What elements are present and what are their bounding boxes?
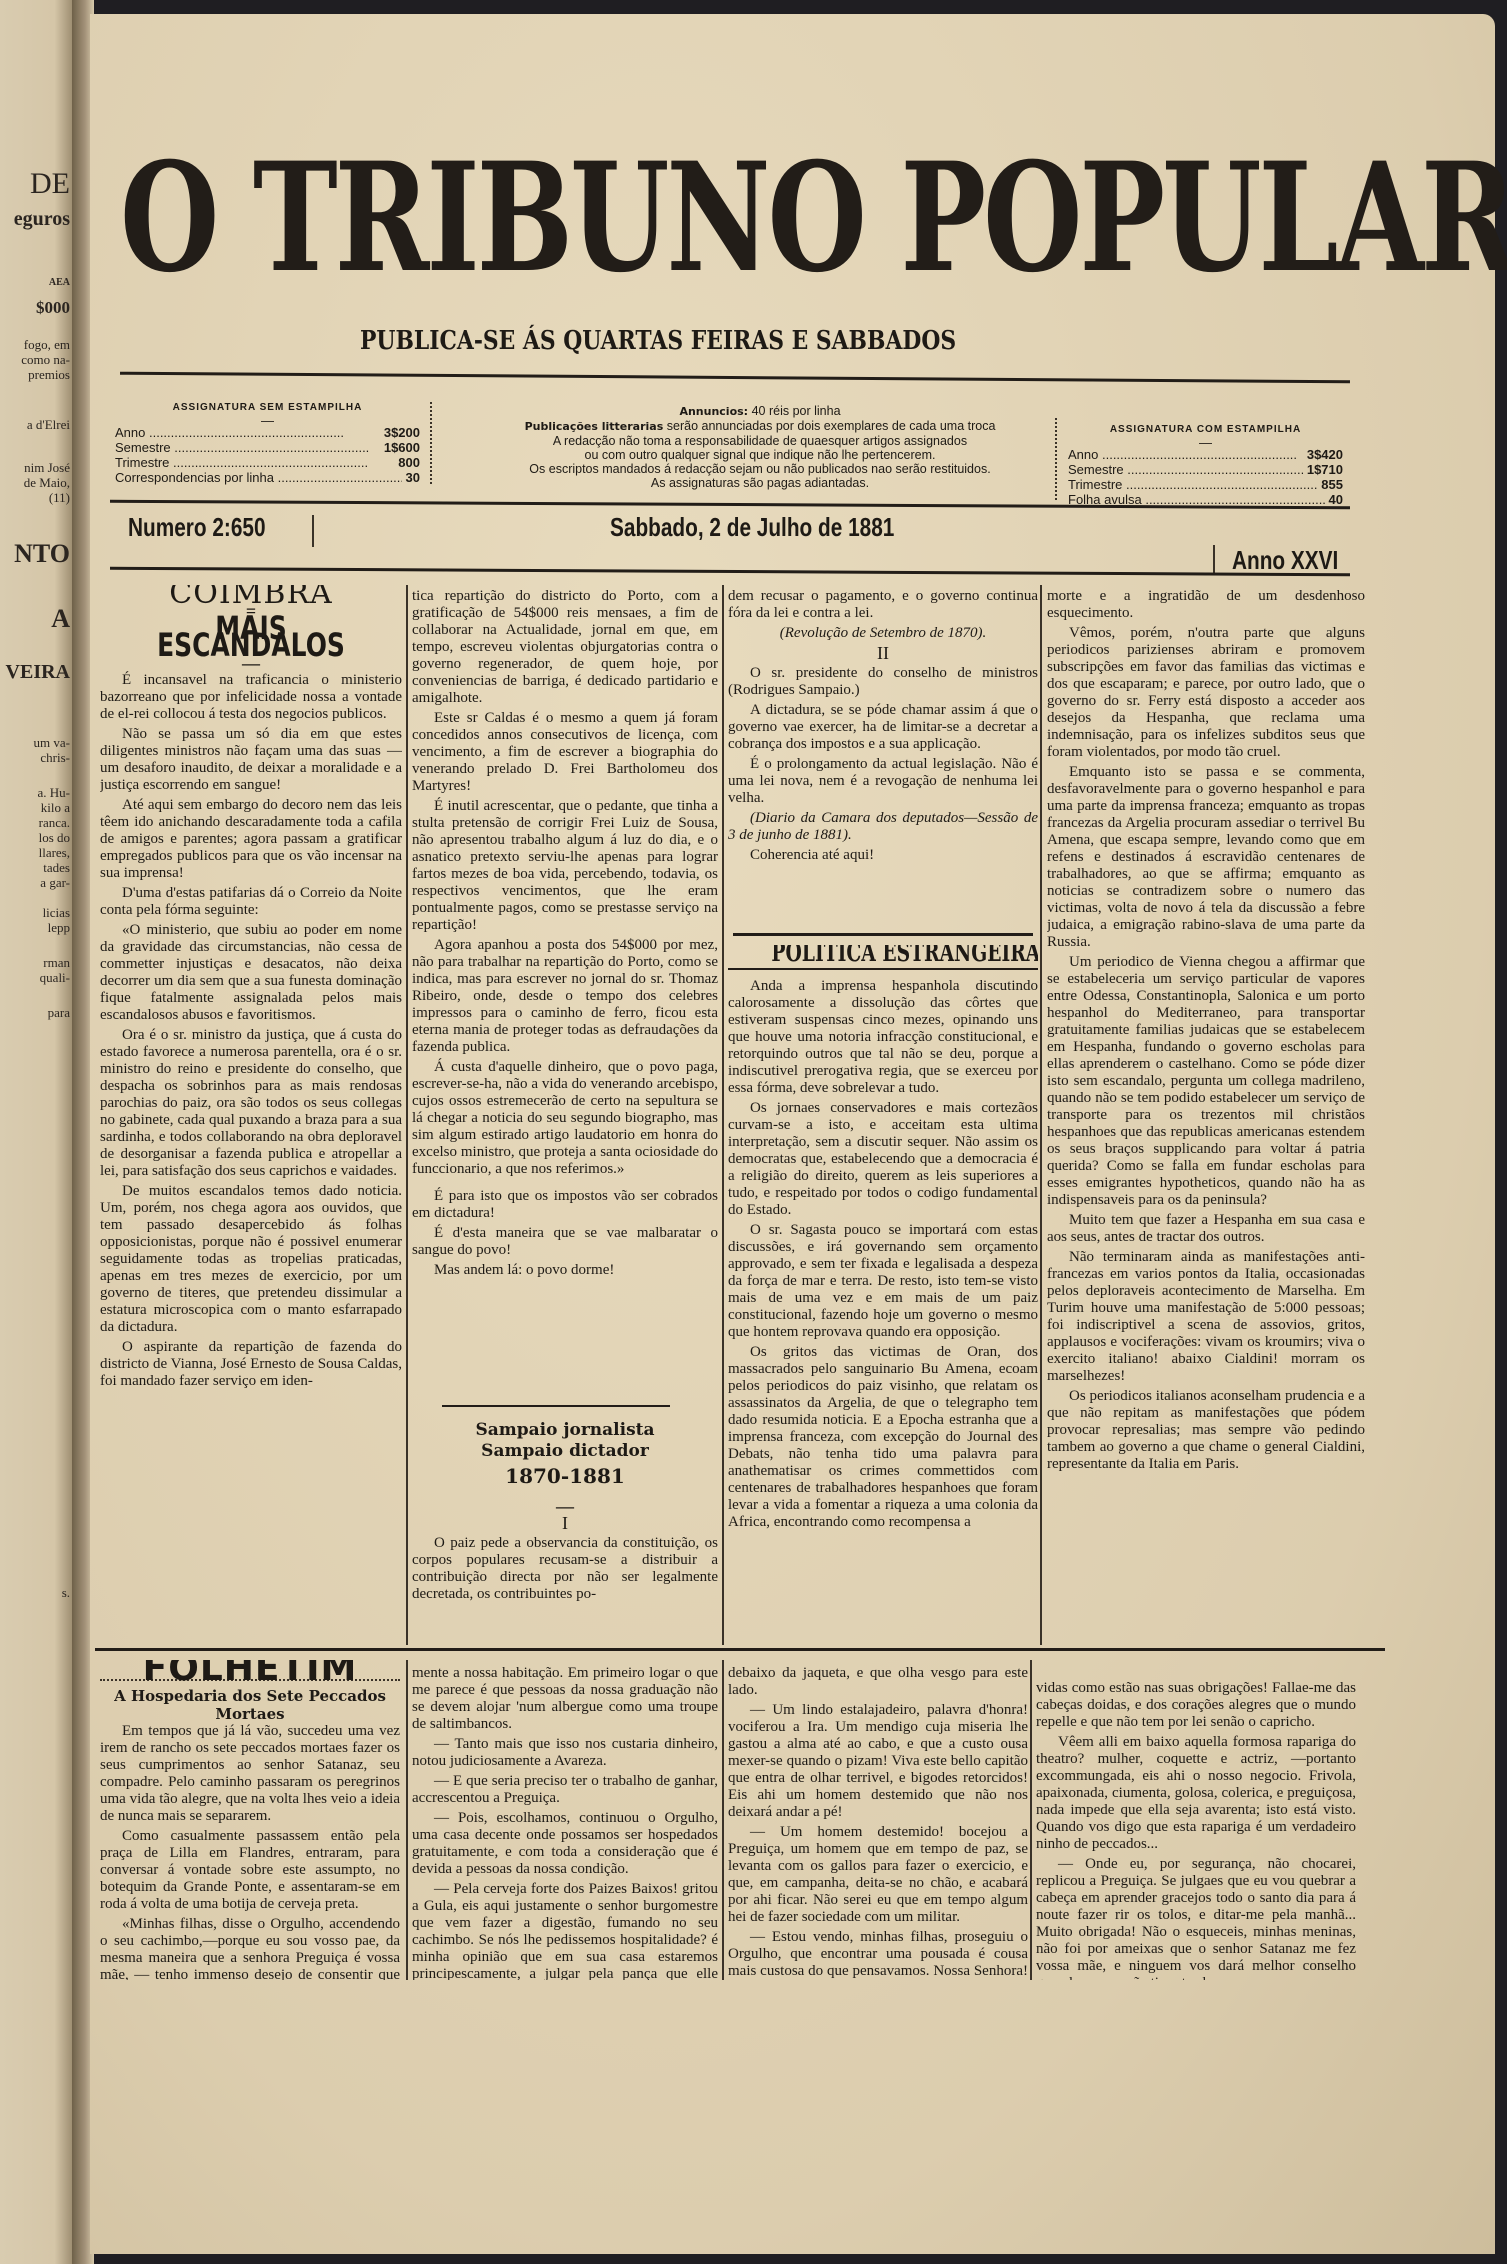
paragraph: — Um lindo estalajadeiro, palavra d'honr… [728,1702,1028,1821]
paragraph: A dictadura, se se póde chamar assim á q… [728,702,1038,753]
price-value: 1$600 [380,440,420,455]
article-kicker: COIMBRA [100,585,402,602]
fragment-text: premios [28,367,70,382]
price-row: Semestre1$710 [1068,462,1343,477]
fragment-text: um va- [34,735,70,750]
ads-label: Annuncios: [679,405,748,418]
paragraph: Até aqui sem embargo do decoro nem das l… [100,797,402,882]
paragraph: Em tempos que já lá vão, succedeu uma ve… [100,1723,400,1825]
paragraph: Vêem alli em baixo aquella formosa rapar… [1036,1734,1356,1853]
notice-line: As assignaturas são pagas adiantadas. [460,476,1060,490]
fragment-text: AEA [49,275,70,290]
article-headline: MAIS ESCANDALOS [133,620,369,654]
price-label: Semestre [1068,462,1303,477]
article-years: 1870-1881 [412,1466,718,1487]
paragraph: Não se passa um só dia em que estes dili… [100,726,402,794]
citation: (Revolução de Setembro de 1870). [728,625,1038,642]
masthead-subtitle: PUBLICA-SE ÁS QUARTAS FEIRAS E SABBADOS [360,326,956,356]
masthead-title: O TRIBUNO POPULAR [120,130,1290,306]
notice-line: A redacção não toma a responsabilidade d… [460,434,1060,448]
paragraph: É para isto que os impostos vão ser cobr… [412,1188,718,1222]
paragraph: É inutil acrescentar, que o pedante, que… [412,798,718,934]
article-politica-continued: morte e a ingratidão de um desdenhoso es… [1047,588,1365,1648]
issue-divider [312,515,314,547]
paragraph: Não terminaram ainda as manifestações an… [1047,1249,1365,1385]
section-divider [442,1405,670,1407]
paragraph: mente a nossa habitação. Em primeiro log… [412,1665,718,1733]
issue-number: Numero 2:650 [128,512,266,543]
notice-line: Os escriptos mandados á redacção sejam o… [460,462,1060,476]
fragment-text: fogo, em [24,337,70,352]
fragment-text: llares, [39,845,70,860]
paragraph: É incansavel na traficancia o ministerio… [100,672,402,723]
quote-paragraph: De muitos escandalos temos dado noticia.… [100,1183,402,1336]
article-headline: Sampaio dictador [412,1441,718,1462]
paragraph: D'uma d'estas patifarias dá o Correio da… [100,885,402,919]
folhetim-title: A Hospedaria dos Sete Peccados Mortaes [100,1687,400,1723]
paragraph: É d'esta maneira que se vae malbaratar o… [412,1225,718,1259]
fragment-text: para [48,1005,70,1020]
paragraph: Vêmos, porém, n'outra parte que alguns p… [1047,625,1365,761]
fragment-text: lepp [48,920,70,935]
fragment-text: nim José [24,460,70,475]
paragraph: tica repartição do districto do Porto, c… [412,588,718,707]
paragraph: Este sr Caldas é o mesmo a quem já foram… [412,710,718,795]
paragraph: Emquanto isto se passa e se commenta, de… [1047,764,1365,951]
fragment-text: a gar- [40,875,70,890]
quote-paragraph: O aspirante da repartição de fazenda do … [100,1339,402,1390]
fragment-text: a d'Elrei [27,417,70,432]
paragraph: Como casualmente passassem então pela pr… [100,1828,400,1913]
paragraph: Anda a imprensa hespanhola discutindo ca… [728,978,1038,1097]
paragraph: Coherencia até aqui! [728,847,1038,864]
paragraph: vidas como estão nas suas obrigações! Fa… [1036,1680,1356,1731]
paragraph: O sr. Sagasta pouco se importará com est… [728,1222,1038,1341]
fragment-text: tades [43,860,70,875]
paragraph: Um periodico de Vienna chegou a affirmar… [1047,954,1365,1209]
paragraph: Agora apanhou a posta dos 54$000 por mez… [412,937,718,1056]
paragraph: Os jornaes conservadores e mais cortezão… [728,1100,1038,1219]
price-row: Anno3$420 [1068,447,1343,462]
column-rule [406,1660,408,1980]
fragment-text: $000 [36,300,70,315]
citation: (Diario da Camara dos deputados—Sessão d… [728,810,1038,844]
fragment-text: kilo a [41,800,70,815]
article-sampaio: Sampaio jornalista Sampaio dictador 1870… [412,1420,718,1645]
ads-line: Annuncios: 40 réis por linha [460,404,1060,419]
price-row: Trimestre855 [1068,477,1343,492]
paragraph: — Onde eu, por segurança, não chocarei, … [1036,1856,1356,1980]
fragment-text: chris- [40,750,70,765]
paragraph: Muito tem que fazer a Hespanha em sua ca… [1047,1212,1365,1246]
pub-line: Publicações litterarias serão annunciada… [460,419,1060,434]
article-sampaio-continued: dem recusar o pagamento, e o governo con… [728,588,1038,918]
paragraph: Á custa d'aquelle dinheiro, que o povo p… [412,1059,718,1178]
folhetim-rule [95,1648,1385,1651]
fragment-text: rman [43,955,70,970]
price-label: Correspondencias por linha [115,470,402,485]
paragraph: morte e a ingratidão de um desdenhoso es… [1047,588,1365,622]
fragment-text: DE [30,168,70,200]
paragraph: «Minhas filhas, disse o Orgulho, accende… [100,1916,400,1980]
price-value: 800 [394,455,420,470]
paragraph: — Um homem destemido! bocejou a Preguiça… [728,1824,1028,1926]
section-rule [733,933,1033,936]
fragment-text: de Maio, [24,475,70,490]
editorial-notice: Annuncios: 40 réis por linha Publicações… [460,404,1060,490]
wavy-divider [1055,418,1063,500]
price-label: Trimestre [115,455,394,470]
fragment-text: los do [39,830,70,845]
pub-label: Publicações litterarias [525,420,664,433]
heading-dash: — [115,417,420,425]
price-value: 30 [402,470,420,485]
quote-paragraph: «O ministerio, que subiu ao poder em nom… [100,922,402,1024]
folhetim-col-3: debaixo da jaqueta, e que olha vesgo par… [728,1665,1028,1980]
paragraph: — Pela cerveja forte dos Paizes Baixos! … [412,1881,718,1980]
heading-dash: — [1068,439,1343,447]
folhetim-col-4: vidas como estão nas suas obrigações! Fa… [1036,1680,1356,1980]
article-headline: Sampaio jornalista [412,1420,718,1441]
paragraph: — Estou vendo, minhas filhas, proseguiu … [728,1929,1028,1980]
paragraph: Mas andem lá: o povo dorme! [412,1262,718,1279]
paragraph: Os periodicos italianos aconselham prude… [1047,1388,1365,1473]
article-coimbra-continued: tica repartição do districto do Porto, c… [412,588,718,1360]
folhetim-label: FOLHETIM [100,1660,400,1677]
paragraph: O sr. presidente do conselho de ministro… [728,665,1038,699]
fragment-text: s. [62,1585,70,1600]
paragraph: — E que seria preciso ter o trabalho de … [412,1773,718,1807]
pub-text: serão annunciadas por dois exemplares de… [667,419,996,433]
folhetim-col-2: mente a nossa habitação. Em primeiro log… [412,1665,718,1980]
paragraph: É o prolongamento da actual legislação. … [728,756,1038,807]
price-label: Anno [1068,447,1303,462]
paragraph: debaixo da jaqueta, e que olha vesgo par… [728,1665,1028,1699]
section-number: II [728,645,1038,662]
fragment-text: A [51,605,70,633]
adjacent-page-fragment: DE eguros AEA $000 fogo, em como na- pre… [0,0,78,2264]
price-row: Semestre1$600 [115,440,420,455]
quote-paragraph: Ora é o sr. ministro da justiça, que á c… [100,1027,402,1180]
price-value: 1$710 [1303,462,1343,477]
notice-line: ou com outro qualquer signal que indique… [460,448,1060,462]
fragment-text: (11) [49,490,70,505]
fragment-text: a. Hu- [38,785,71,800]
column-rule [722,585,724,1645]
column-rule [1030,1660,1032,1980]
price-label: Semestre [115,440,380,455]
paragraph: dem recusar o pagamento, e o governo con… [728,588,1038,622]
price-row: Correspondencias por linha30 [115,470,420,485]
subscription-without-stamp: ASSIGNATURA SEM ESTAMPILHA — Anno3$200 S… [115,400,420,485]
issue-divider [1213,545,1215,575]
price-value: 855 [1317,477,1343,492]
issue-year: Anno XXVI [1232,545,1338,576]
article-coimbra: COIMBRA = MAIS ESCANDALOS — É incansavel… [100,585,402,1630]
fragment-text: ranca. [39,815,70,830]
price-value: 40 [1325,492,1343,507]
section-number: I [412,1515,718,1532]
column-rule [1040,585,1042,1645]
fragment-text: como na- [21,352,70,367]
ads-text: 40 réis por linha [752,404,841,418]
price-row: Anno3$200 [115,425,420,440]
column-rule [406,585,408,1645]
folhetim-col-1: FOLHETIM A Hospedaria dos Sete Peccados … [100,1660,400,1980]
fragment-text: licias [43,905,70,920]
article-headline: POLITICA ESTRANGEIRA [771,945,994,962]
issue-date: Sabbado, 2 de Julho de 1881 [610,512,894,543]
paragraph: Os gritos das victimas de Oran, dos mass… [728,1344,1038,1531]
fragment-text: VEIRA [6,665,70,680]
wavy-divider [430,402,438,484]
column-rule [722,1660,724,1980]
price-row: Trimestre800 [115,455,420,470]
price-value: 3$200 [380,425,420,440]
paragraph: O paiz pede a observancia da constituiçã… [412,1535,718,1603]
fragment-text: NTO [14,540,70,568]
paragraph: — Pois, escolhamos, continuou o Orgulho,… [412,1810,718,1878]
price-label: Anno [115,425,380,440]
paragraph: — Tanto mais que isso nos custaria dinhe… [412,1736,718,1770]
price-value: 3$420 [1303,447,1343,462]
fragment-text: quali- [40,970,70,985]
article-politica-estrangeira: POLITICA ESTRANGEIRA Anda a imprensa hes… [728,945,1038,1645]
headline-rule [728,968,1038,970]
fragment-text: eguros [14,212,70,227]
price-label: Trimestre [1068,477,1317,492]
subscription-with-stamp: ASSIGNATURA COM ESTAMPILHA — Anno3$420 S… [1068,422,1343,507]
